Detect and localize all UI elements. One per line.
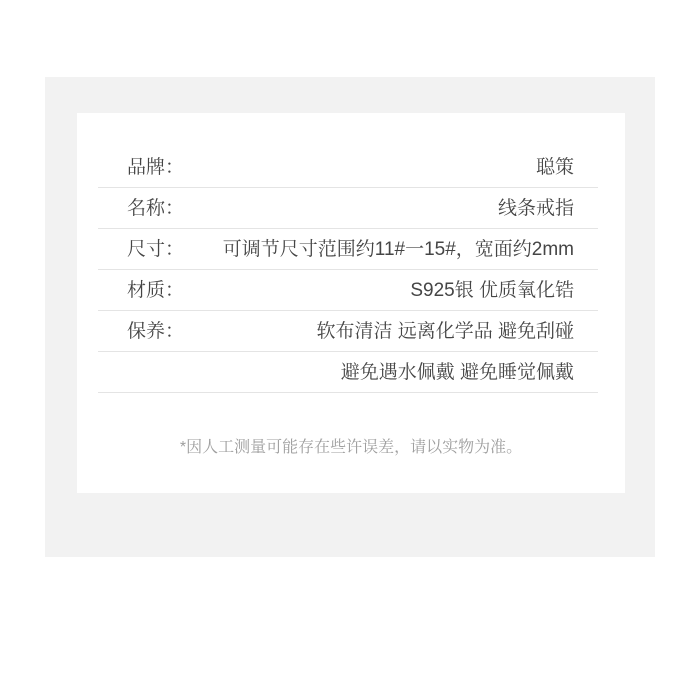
spec-value-care-cont: 避免遇水佩戴 避免睡觉佩戴 — [341, 363, 574, 382]
disclaimer-note: *因人工测量可能存在些许误差，请以实物为准。 — [77, 438, 625, 459]
spec-row-size: 尺寸： 可调节尺寸范围约11#一15#，宽面约2mm — [98, 229, 598, 270]
spec-row-care-cont: 避免遇水佩戴 避免睡觉佩戴 — [98, 352, 598, 393]
spec-label-size: 尺寸： — [127, 240, 184, 259]
spec-value-name: 线条戒指 — [498, 199, 574, 218]
spec-label-name: 名称： — [127, 199, 184, 218]
spec-row-care: 保养： 软布清洁 远离化学品 避免刮碰 — [98, 311, 598, 352]
spec-table: 品牌： 聪策 名称： 线条戒指 尺寸： 可调节尺寸范围约11#一15#，宽面约2… — [98, 147, 598, 393]
spec-row-name: 名称： 线条戒指 — [98, 188, 598, 229]
spec-label-care: 保养： — [127, 322, 184, 341]
spec-row-material: 材质： S925银 优质氧化锆 — [98, 270, 598, 311]
spec-label-material: 材质： — [127, 281, 184, 300]
spec-value-brand: 聪策 — [536, 158, 574, 177]
spec-value-material: S925银 优质氧化锆 — [410, 281, 574, 300]
spec-label-brand: 品牌： — [127, 158, 184, 177]
spec-row-brand: 品牌： 聪策 — [98, 147, 598, 188]
gray-panel: 品牌： 聪策 名称： 线条戒指 尺寸： 可调节尺寸范围约11#一15#，宽面约2… — [45, 77, 655, 557]
spec-card: 品牌： 聪策 名称： 线条戒指 尺寸： 可调节尺寸范围约11#一15#，宽面约2… — [77, 113, 625, 493]
spec-value-size: 可调节尺寸范围约11#一15#，宽面约2mm — [223, 240, 574, 259]
spec-value-care: 软布清洁 远离化学品 避免刮碰 — [316, 322, 574, 341]
